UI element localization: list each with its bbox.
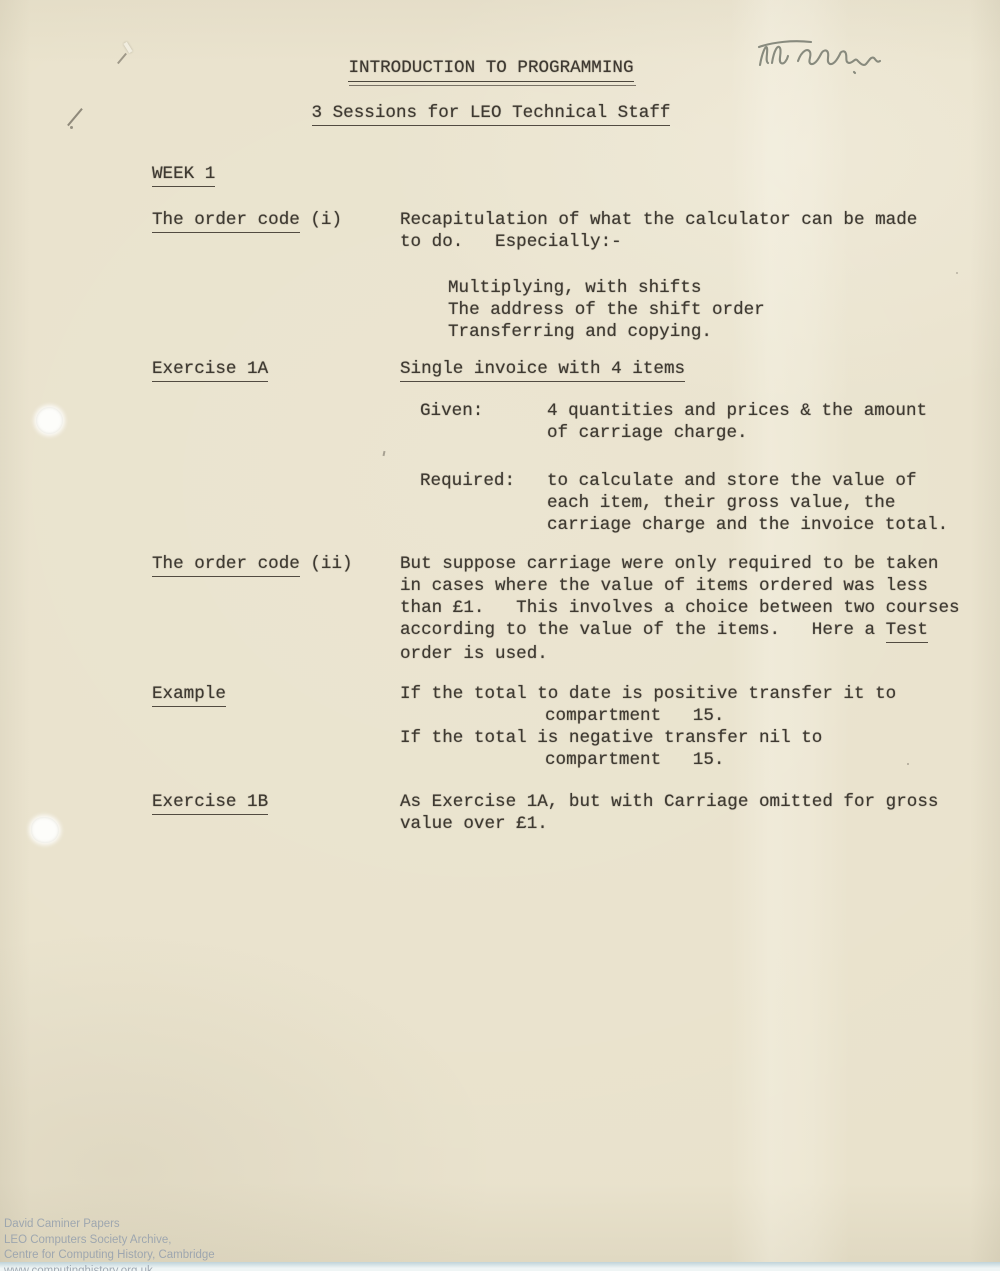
document-title-text: INTRODUCTION TO PROGRAMMING [348,57,633,82]
pencil-mark-dot [70,126,73,129]
order-code-i-list: Multiplying, with shifts The address of … [448,277,765,343]
document-title: INTRODUCTION TO PROGRAMMING [0,57,991,82]
heading-order-code-ii: The order code (ii) [152,553,353,577]
order-code-ii-paragraph: But suppose carriage were only required … [400,553,960,665]
heading-order-code-i: The order code (i) [152,209,342,233]
text-segment: according to the value of the items. Her… [400,620,886,640]
text-line: carriage charge and the invoice total. [547,514,948,536]
punch-hole-bottom [31,817,59,843]
list-item: The address of the shift order [448,299,765,321]
scanned-document-page: INTRODUCTION TO PROGRAMMING 3 Sessions f… [0,0,1000,1271]
archive-watermark: David Caminer Papers LEO Computers Socie… [4,1217,215,1271]
punch-hole-top [36,407,63,434]
text-line: If the total is negative transfer nil to [400,727,896,749]
dust-speck [383,451,386,456]
text-line: But suppose carriage were only required … [400,553,960,575]
order-code-i-paragraph: Recapitulation of what the calculator ca… [400,209,917,253]
text-line: of carriage charge. [547,422,927,444]
text-line: each item, their gross value, the [547,492,948,514]
document-subtitle-text: 3 Sessions for LEO Technical Staff [312,102,671,126]
text-line: As Exercise 1A, but with Carriage omitte… [400,791,938,813]
text-line: order is used. [400,643,960,665]
required-text: to calculate and store the value of each… [547,470,948,536]
heading-exercise-1a: Exercise 1A [152,358,268,382]
text-line: to do. Especially:- [400,231,917,253]
list-item: Multiplying, with shifts [448,277,765,299]
dust-speck [956,272,958,274]
required-label: Required: [420,470,515,492]
dust-speck [907,763,909,765]
text-line: in cases where the value of items ordere… [400,575,960,597]
exercise-1b-text: As Exercise 1A, but with Carriage omitte… [400,791,938,835]
heading-exercise-1b: Exercise 1B [152,791,268,815]
text-line: If the total to date is positive transfe… [400,683,896,705]
document-subtitle: 3 Sessions for LEO Technical Staff [0,102,991,126]
watermark-line: David Caminer Papers [4,1217,215,1233]
example-text: If the total to date is positive transfe… [400,683,896,771]
text-line: compartment 15. [545,749,896,771]
watermark-line: Centre for Computing History, Cambridge [4,1248,215,1264]
underlined-word: Test [886,619,928,643]
text-line: than £1. This involves a choice between … [400,597,960,619]
week-heading: WEEK 1 [152,163,215,187]
text-line: compartment 15. [545,705,896,727]
list-item: Transferring and copying. [448,321,765,343]
given-label: Given: [420,400,483,422]
text-line: to calculate and store the value of [547,470,948,492]
watermark-line: LEO Computers Society Archive, [4,1233,215,1249]
watermark-line: www.computinghistory.org.uk [4,1264,215,1271]
text-line: according to the value of the items. Her… [400,619,960,643]
text-line: value over £1. [400,813,938,835]
exercise-1a-heading: Single invoice with 4 items [400,358,685,382]
given-text: 4 quantities and prices & the amount of … [547,400,927,444]
text-line: 4 quantities and prices & the amount [547,400,927,422]
text-line: Recapitulation of what the calculator ca… [400,209,917,231]
heading-example: Example [152,683,226,707]
